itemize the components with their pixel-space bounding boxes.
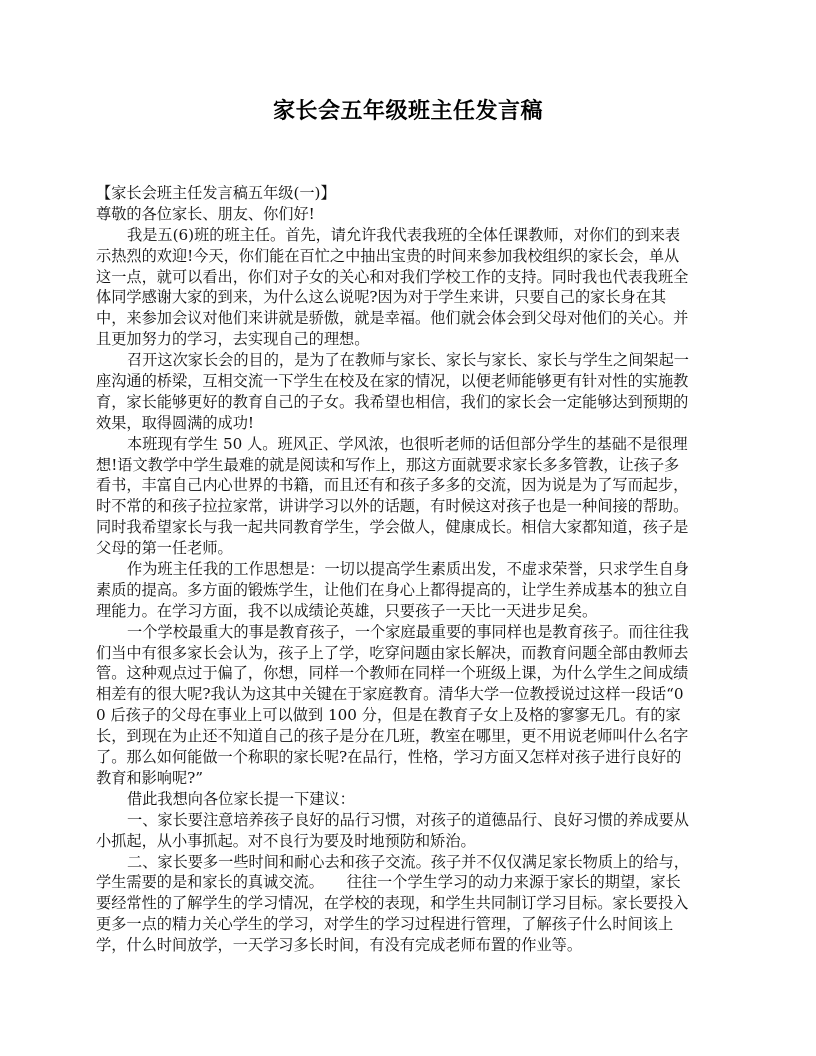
text-line: 二、家长要多一些时间和耐心去和孩子交流。孩子并不仅仅满足家长物质上的给与， bbox=[96, 852, 724, 873]
text-line: 同时我希望家长与我一起共同教育学生，学会做人，健康成长。相信大家都知道，孩子是 bbox=[96, 517, 724, 538]
text-line: 【家长会班主任发言稿五年级(一)】 bbox=[96, 183, 724, 204]
text-line: 了。那么如何能做一个称职的家长呢?在品行，性格，学习方面又怎样对孩子进行良好的 bbox=[96, 747, 724, 768]
text-line: 理能力。在学习方面，我不以成绩论英雄，只要孩子一天比一天进步足矣。 bbox=[96, 601, 724, 622]
text-line: 小抓起，从小事抓起。对不良行为要及时地预防和矫治。 bbox=[96, 831, 724, 852]
text-line: 尊敬的各位家长、朋友、你们好! bbox=[96, 204, 724, 225]
text-line: 相差有的很大呢?我认为这其中关键在于家庭教育。清华大学一位教授说过这样一段话“0 bbox=[96, 684, 724, 705]
text-line: 想!语文教学中学生最难的就是阅读和写作上，那这方面就要求家长多多管教，让孩子多 bbox=[96, 455, 724, 476]
text-line: 父母的第一任老师。 bbox=[96, 538, 724, 559]
text-line: 学生需要的是和家长的真诚交流。 往往一个学生学习的动力来源于家长的期望，家长 bbox=[96, 872, 724, 893]
text-line: 教育和影响呢?” bbox=[96, 768, 724, 789]
text-line: 作为班主任我的工作思想是：一切以提高学生素质出发，不虚求荣誉，只求学生自身 bbox=[96, 559, 724, 580]
text-line: 借此我想向各位家长提一下建议： bbox=[96, 789, 724, 810]
text-line: 时不常的和孩子拉拉家常，讲讲学习以外的话题，有时候这对孩子也是一种间接的帮助。 bbox=[96, 496, 724, 517]
document-title: 家长会五年级班主任发言稿 bbox=[0, 94, 816, 125]
text-line: 本班现有学生 50 人。班风正、学风浓，也很听老师的话但部分学生的基础不是很理 bbox=[96, 434, 724, 455]
text-line: 育，家长能够更好的教育自己的子女。我希望也相信，我们的家长会一定能够达到预期的 bbox=[96, 392, 724, 413]
text-line: 一个学校最重大的事是教育孩子，一个家庭最重要的事同样也是教育孩子。而往往我 bbox=[96, 622, 724, 643]
text-line: 召开这次家长会的目的，是为了在教师与家长、家长与家长、家长与学生之间架起一 bbox=[96, 350, 724, 371]
text-line: 中，来参加会议对他们来讲就是骄傲，就是幸福。他们就会体会到父母对他们的关心。并 bbox=[96, 308, 724, 329]
text-line: 座沟通的桥梁，互相交流一下学生在校及在家的情况，以便老师能够更有针对性的实施教 bbox=[96, 371, 724, 392]
text-line: 示热烈的欢迎!今天，你们能在百忙之中抽出宝贵的时间来参加我校组织的家长会，单从 bbox=[96, 246, 724, 267]
text-line: 看书，丰富自己内心世界的书籍，而且还有和孩子多多的交流，因为说是为了写而起步， bbox=[96, 475, 724, 496]
text-line: 长，到现在为止还不知道自己的孩子是分在几班，教室在哪里，更不用说老师叫什么名字 bbox=[96, 726, 724, 747]
text-line: 0 后孩子的父母在事业上可以做到 100 分，但是在教育子女上及格的寥寥无几。有… bbox=[96, 705, 724, 726]
document-page: 家长会五年级班主任发言稿 【家长会班主任发言稿五年级(一)】尊敬的各位家长、朋友… bbox=[0, 0, 816, 1056]
document-body: 【家长会班主任发言稿五年级(一)】尊敬的各位家长、朋友、你们好!我是五(6)班的… bbox=[96, 183, 724, 956]
text-line: 这一点，就可以看出，你们对子女的关心和对我们学校工作的支持。同时我也代表我班全 bbox=[96, 267, 724, 288]
text-line: 管。这种观点过于偏了，你想，同样一个教师在同样一个班级上课，为什么学生之间成绩 bbox=[96, 663, 724, 684]
text-line: 学，什么时间放学，一天学习多长时间，有没有完成老师布置的作业等。 bbox=[96, 935, 724, 956]
text-line: 一、家长要注意培养孩子良好的品行习惯，对孩子的道德品行、良好习惯的养成要从 bbox=[96, 810, 724, 831]
text-line: 我是五(6)班的班主任。首先，请允许我代表我班的全体任课教师，对你们的到来表 bbox=[96, 225, 724, 246]
text-line: 素质的提高。多方面的锻炼学生，让他们在身心上都得提高的，让学生养成基本的独立自 bbox=[96, 580, 724, 601]
text-line: 更多一点的精力关心学生的学习，对学生的学习过程进行管理，了解孩子什么时间该上 bbox=[96, 914, 724, 935]
text-line: 且更加努力的学习，去实现自己的理想。 bbox=[96, 329, 724, 350]
text-line: 要经常性的了解学生的学习情况，在学校的表现，和学生共同制订学习目标。家长要投入 bbox=[96, 893, 724, 914]
text-line: 效果，取得圆满的成功! bbox=[96, 413, 724, 434]
text-line: 们当中有很多家长会认为，孩子上了学，吃穿问题由家长解决，而教育问题全部由教师去 bbox=[96, 643, 724, 664]
text-line: 体同学感谢大家的到来，为什么这么说呢?因为对于学生来讲，只要自己的家长身在其 bbox=[96, 287, 724, 308]
